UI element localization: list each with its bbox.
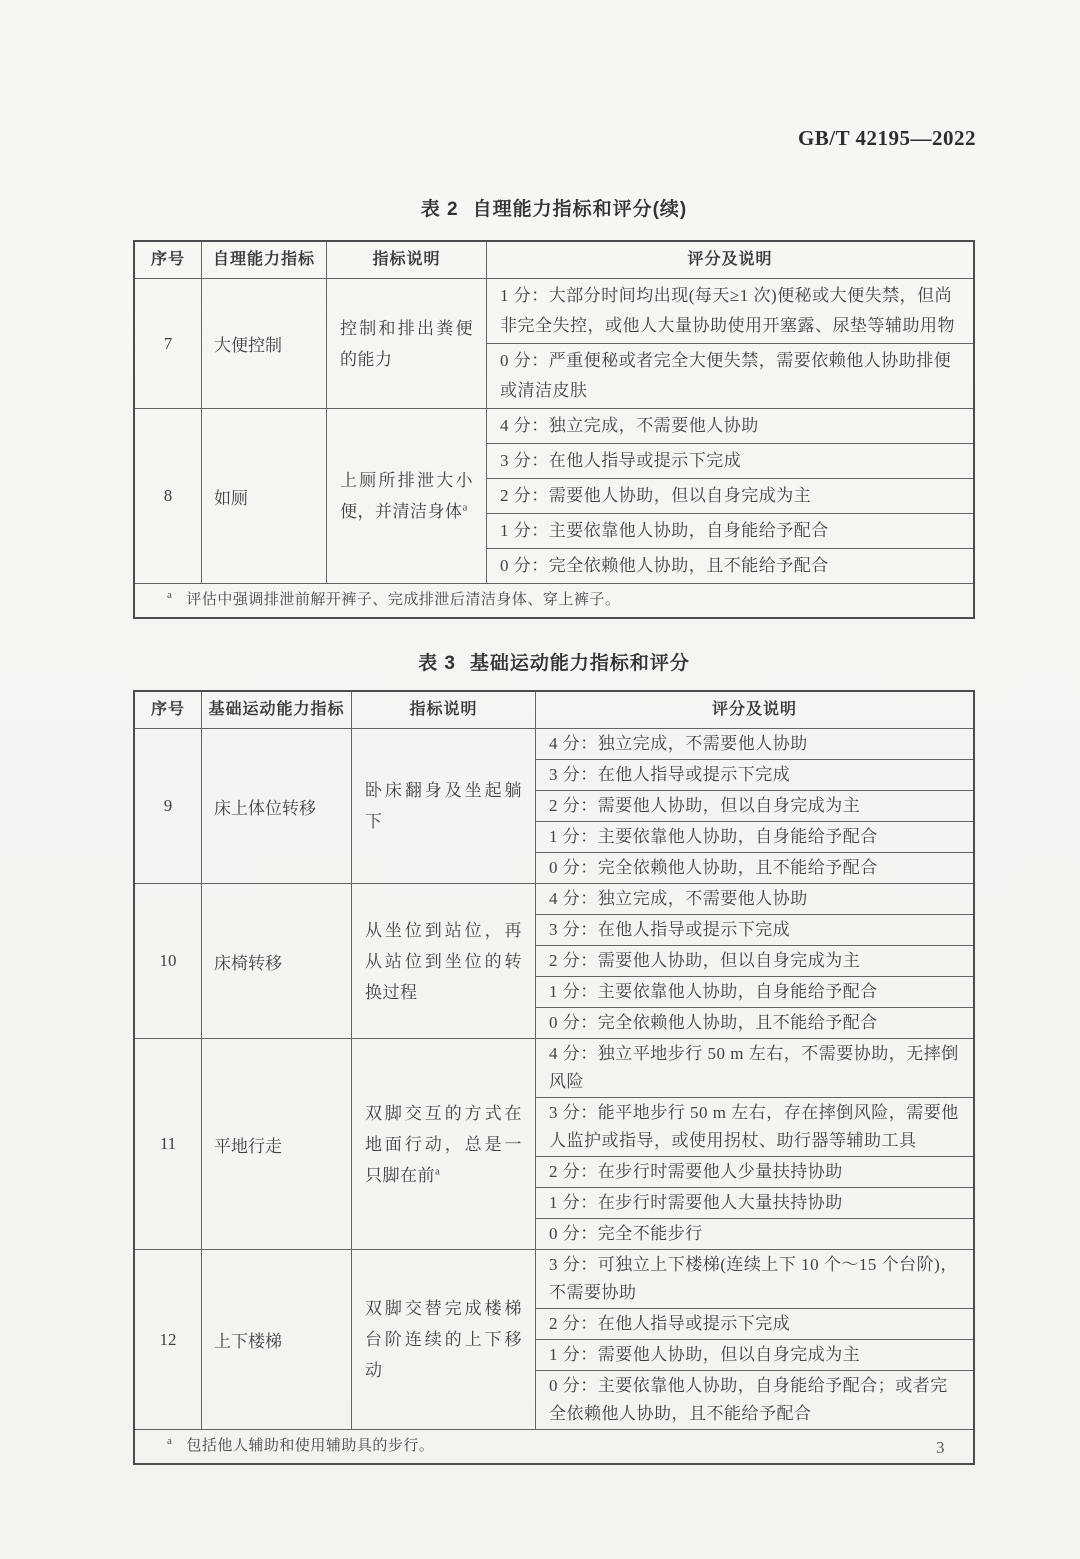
row11-score-1: 1 分：在步行时需要他人大量扶持协助 — [536, 1188, 975, 1219]
row7-score-1: 1 分：大部分时间均出现(每天≥1 次)便秘或大便失禁，但尚非完全失控，或他人大… — [487, 279, 975, 344]
row9-indicator: 床上体位转移 — [202, 729, 352, 884]
footnote-marker: a — [435, 1165, 440, 1177]
row12-score-3: 3 分：可独立上下楼梯(连续上下 10 个～15 个台阶)，不需要协助 — [536, 1250, 975, 1309]
standard-code: GB/T 42195—2022 — [798, 126, 976, 151]
table2-col-description: 指标说明 — [327, 241, 487, 279]
row7-description: 控制和排出粪便的能力 — [327, 279, 487, 409]
table-row: 8 如厕 上厕所排泄大小便，并清洁身体a 4 分：独立完成，不需要他人协助 — [134, 409, 974, 444]
row12-score-0: 0 分：主要依靠他人协助，自身能给予配合；或者完全依赖他人协助，且不能给予配合 — [536, 1371, 975, 1430]
row10-number: 10 — [134, 884, 202, 1039]
table3-col-no: 序号 — [134, 691, 202, 729]
table3-basic-motor-scoring: 序号 基础运动能力指标 指标说明 评分及说明 9 床上体位转移 卧床翻身及坐起躺… — [133, 690, 975, 1465]
row10-description: 从坐位到站位，再从站位到坐位的转换过程 — [352, 884, 536, 1039]
table3-header-row: 序号 基础运动能力指标 指标说明 评分及说明 — [134, 691, 974, 729]
row8-score-4: 4 分：独立完成，不需要他人协助 — [487, 409, 975, 444]
table3-title-number: 表 3 — [418, 653, 456, 674]
footnote-marker: a — [167, 589, 172, 601]
row10-score-0: 0 分：完全依赖他人协助，且不能给予配合 — [536, 1008, 975, 1039]
table2-self-care-scoring: 序号 自理能力指标 指标说明 评分及说明 7 大便控制 控制和排出粪便的能力 1… — [133, 240, 975, 619]
row10-score-1: 1 分：主要依靠他人协助，自身能给予配合 — [536, 977, 975, 1008]
row12-description: 双脚交替完成楼梯台阶连续的上下移动 — [352, 1250, 536, 1430]
footnote-marker: a — [463, 501, 468, 513]
row10-indicator: 床椅转移 — [202, 884, 352, 1039]
table3-footnote-row: a包括他人辅助和使用辅助具的步行。 — [134, 1430, 974, 1465]
table2-title-text: 自理能力指标和评分(续) — [473, 199, 688, 220]
table3-footnote: a包括他人辅助和使用辅助具的步行。 — [134, 1430, 974, 1465]
row8-score-2: 2 分：需要他人协助，但以自身完成为主 — [487, 479, 975, 514]
table2-header-row: 序号 自理能力指标 指标说明 评分及说明 — [134, 241, 974, 279]
row11-score-0: 0 分：完全不能步行 — [536, 1219, 975, 1250]
table3-title: 表 3基础运动能力指标和评分 — [133, 648, 975, 675]
row9-score-1: 1 分：主要依靠他人协助，自身能给予配合 — [536, 822, 975, 853]
table3-col-description: 指标说明 — [352, 691, 536, 729]
row11-score-4: 4 分：独立平地步行 50 m 左右，不需要协助，无摔倒风险 — [536, 1039, 975, 1098]
table2-footnote: a评估中强调排泄前解开裤子、完成排泄后清洁身体、穿上裤子。 — [134, 584, 974, 619]
table2-col-scoring: 评分及说明 — [487, 241, 975, 279]
row7-number: 7 — [134, 279, 202, 409]
row12-number: 12 — [134, 1250, 202, 1430]
table3-col-scoring: 评分及说明 — [536, 691, 975, 729]
table-row: 11 平地行走 双脚交互的方式在地面行动，总是一只脚在前a 4 分：独立平地步行… — [134, 1039, 974, 1098]
table-row: 12 上下楼梯 双脚交替完成楼梯台阶连续的上下移动 3 分：可独立上下楼梯(连续… — [134, 1250, 974, 1309]
row11-indicator: 平地行走 — [202, 1039, 352, 1250]
row12-score-1: 1 分：需要他人协助，但以自身完成为主 — [536, 1340, 975, 1371]
row9-score-0: 0 分：完全依赖他人协助，且不能给予配合 — [536, 853, 975, 884]
row12-indicator: 上下楼梯 — [202, 1250, 352, 1430]
table2-title: 表 2自理能力指标和评分(续) — [133, 194, 975, 221]
row11-score-3: 3 分：能平地步行 50 m 左右，存在摔倒风险，需要他人监护或指导，或使用拐杖… — [536, 1098, 975, 1157]
row10-score-3: 3 分：在他人指导或提示下完成 — [536, 915, 975, 946]
table-row: 9 床上体位转移 卧床翻身及坐起躺下 4 分：独立完成，不需要他人协助 — [134, 729, 974, 760]
row11-description: 双脚交互的方式在地面行动，总是一只脚在前a — [352, 1039, 536, 1250]
page-number: 3 — [936, 1438, 945, 1458]
footnote-marker: a — [167, 1435, 172, 1447]
row7-indicator: 大便控制 — [202, 279, 327, 409]
row8-score-3: 3 分：在他人指导或提示下完成 — [487, 444, 975, 479]
table2-col-indicator: 自理能力指标 — [202, 241, 327, 279]
row11-score-2: 2 分：在步行时需要他人少量扶持协助 — [536, 1157, 975, 1188]
table3-col-indicator: 基础运动能力指标 — [202, 691, 352, 729]
row9-number: 9 — [134, 729, 202, 884]
table-row: 7 大便控制 控制和排出粪便的能力 1 分：大部分时间均出现(每天≥1 次)便秘… — [134, 279, 974, 344]
row8-indicator: 如厕 — [202, 409, 327, 584]
row8-description: 上厕所排泄大小便，并清洁身体a — [327, 409, 487, 584]
row8-score-0: 0 分：完全依赖他人协助，且不能给予配合 — [487, 549, 975, 584]
row9-description: 卧床翻身及坐起躺下 — [352, 729, 536, 884]
table2-footnote-row: a评估中强调排泄前解开裤子、完成排泄后清洁身体、穿上裤子。 — [134, 584, 974, 619]
row9-score-3: 3 分：在他人指导或提示下完成 — [536, 760, 975, 791]
row7-score-0: 0 分：严重便秘或者完全大便失禁，需要依赖他人协助排便或清洁皮肤 — [487, 344, 975, 409]
table3-title-text: 基础运动能力指标和评分 — [470, 653, 690, 674]
row8-number: 8 — [134, 409, 202, 584]
document-page: GB/T 42195—2022 表 2自理能力指标和评分(续) 序号 自理能力指… — [0, 0, 1080, 1559]
row10-score-2: 2 分：需要他人协助，但以自身完成为主 — [536, 946, 975, 977]
row9-score-4: 4 分：独立完成，不需要他人协助 — [536, 729, 975, 760]
row11-number: 11 — [134, 1039, 202, 1250]
row12-score-2: 2 分：在他人指导或提示下完成 — [536, 1309, 975, 1340]
row9-score-2: 2 分：需要他人协助，但以自身完成为主 — [536, 791, 975, 822]
row10-score-4: 4 分：独立完成，不需要他人协助 — [536, 884, 975, 915]
table2-title-number: 表 2 — [421, 199, 459, 220]
table2-col-no: 序号 — [134, 241, 202, 279]
table-row: 10 床椅转移 从坐位到站位，再从站位到坐位的转换过程 4 分：独立完成，不需要… — [134, 884, 974, 915]
row8-score-1: 1 分：主要依靠他人协助，自身能给予配合 — [487, 514, 975, 549]
